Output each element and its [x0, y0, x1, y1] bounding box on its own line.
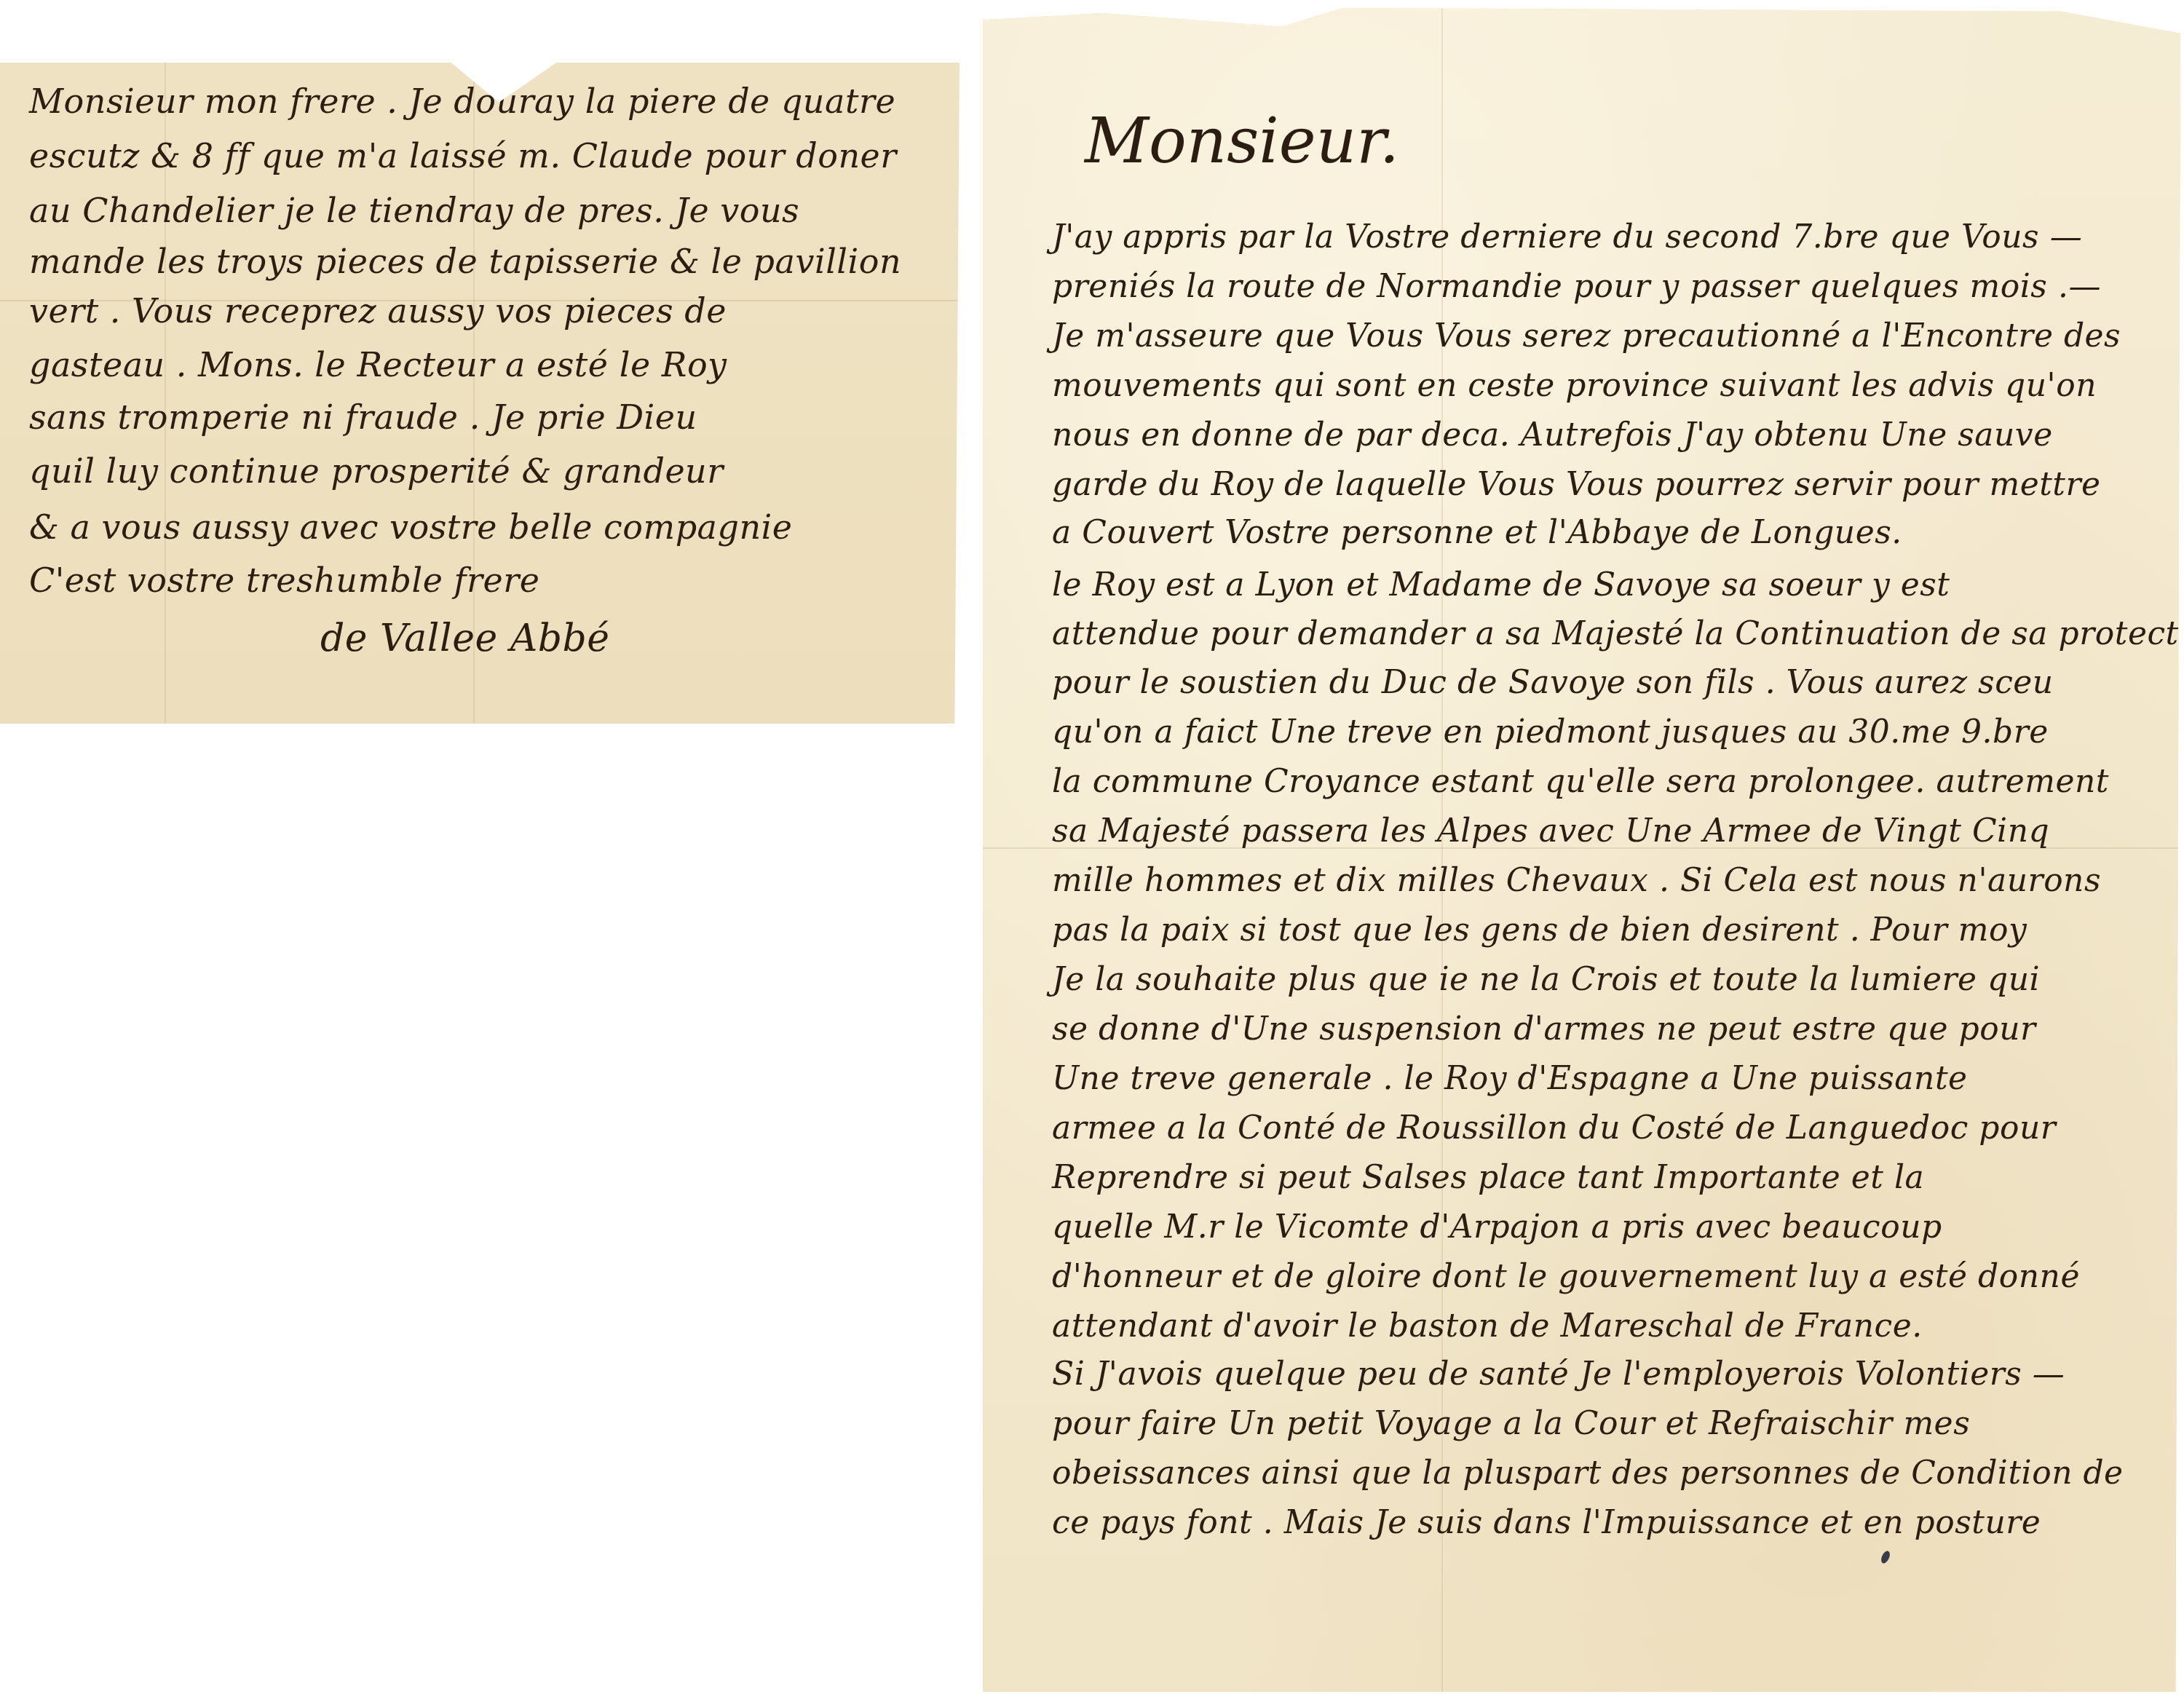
- letter-line: sans tromperie ni fraude . Je prie Dieu: [29, 400, 697, 434]
- letter-line: ce pays font . Mais Je suis dans l'Impui…: [1052, 1507, 2041, 1539]
- letter-line: mille hommes et dix milles Chevaux . Si …: [1052, 865, 2101, 897]
- letter-right-sheet: Monsieur. J'ay appris par la Vostre dern…: [983, 3, 2180, 1692]
- letter-line: gasteau . Mons. le Recteur a esté le Roy: [29, 348, 727, 381]
- letter-line: se donne d'Une suspension d'armes ne peu…: [1052, 1013, 2036, 1045]
- letter-line: a Couvert Vostre personne et l'Abbaye de…: [1052, 517, 1902, 549]
- letter-line: Je la souhaite plus que ie ne la Crois e…: [1052, 964, 2040, 996]
- letter-line: pour faire Un petit Voyage a la Cour et …: [1052, 1408, 1970, 1440]
- letter-line: sa Majesté passera les Alpes avec Une Ar…: [1052, 815, 2049, 847]
- letter-line: Monsieur mon frere . Je douray la piere …: [29, 84, 895, 118]
- letter-line: vert . Vous receprez aussy vos pieces de: [29, 294, 727, 328]
- letter-line: J'ay appris par la Vostre derniere du se…: [1052, 221, 2082, 253]
- letter-line: nous en donne de par deca. Autrefois J'a…: [1052, 419, 2053, 451]
- letter-line: Je m'asseure que Vous Vous serez precaut…: [1052, 320, 2121, 352]
- letter-line: le Roy est a Lyon et Madame de Savoye sa…: [1052, 569, 1950, 601]
- letter-line: Si J'avois quelque peu de santé Je l'emp…: [1052, 1358, 2065, 1390]
- letter-line: mande les troys pieces de tapisserie & l…: [29, 245, 901, 278]
- letter-line: attendant d'avoir le baston de Mareschal…: [1052, 1310, 1923, 1342]
- letter-line: pas la paix si tost que les gens de bien…: [1052, 914, 2027, 946]
- letter-line: la commune Croyance estant qu'elle sera …: [1052, 766, 2109, 798]
- ink-blot: [1880, 1550, 1892, 1565]
- salutation: Monsieur.: [1085, 105, 1399, 178]
- signature: de Vallee Abbé: [320, 620, 610, 657]
- letter-line: obeissances ainsi que la pluspart des pe…: [1052, 1457, 2124, 1489]
- letter-line: armee a la Conté de Roussillon du Costé …: [1052, 1112, 2056, 1144]
- letter-line: garde du Roy de laquelle Vous Vous pourr…: [1052, 469, 2101, 501]
- letter-line: au Chandelier je le tiendray de pres. Je…: [29, 194, 799, 227]
- letter-line: mouvements qui sont en ceste province su…: [1052, 370, 2097, 402]
- letter-line: Une treve generale . le Roy d'Espagne a …: [1052, 1063, 1968, 1095]
- letter-line: pour le soustien du Duc de Savoye son fi…: [1052, 667, 2054, 699]
- letter-line: d'honneur et de gloire dont le gouvernem…: [1052, 1261, 2080, 1293]
- letter-line: attendue pour demander a sa Majesté la C…: [1052, 618, 2184, 650]
- letter-line: quil luy continue prosperité & grandeur: [29, 454, 724, 488]
- letter-line: preniés la route de Normandie pour y pas…: [1052, 271, 2101, 303]
- letter-line: qu'on a faict Une treve en piedmont jusq…: [1052, 716, 2049, 748]
- letter-line: Reprendre si peut Salses place tant Impo…: [1052, 1162, 1924, 1194]
- letter-left-sheet: Monsieur mon frere . Je douray la piere …: [0, 63, 960, 724]
- letter-line: escutz & 8 ff que m'a laissé m. Claude p…: [29, 139, 897, 173]
- letter-line: quelle M.r le Vicomte d'Arpajon a pris a…: [1052, 1211, 1942, 1243]
- letter-line: & a vous aussy avec vostre belle compagn…: [29, 510, 793, 544]
- letter-closing: C'est vostre treshumble frere: [29, 563, 540, 597]
